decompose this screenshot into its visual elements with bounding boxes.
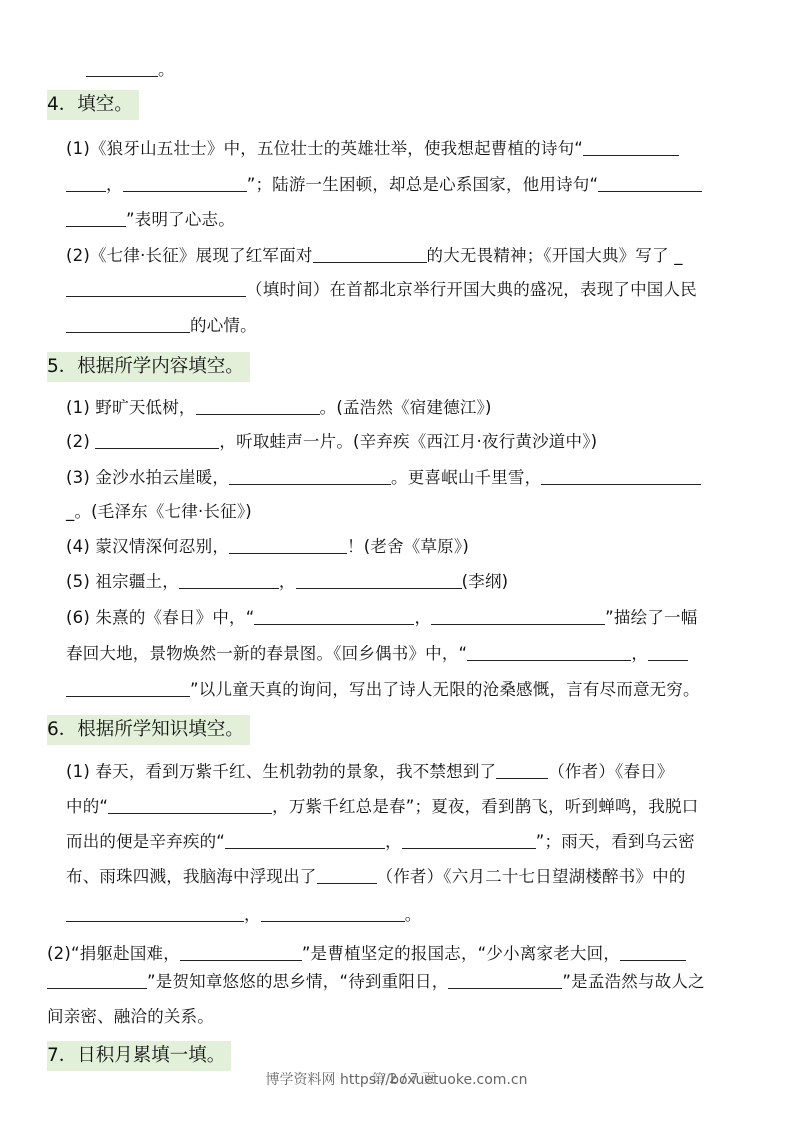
section-heading-5: 5．根据所学内容填空。 <box>47 352 250 382</box>
answer-blank[interactable] <box>66 903 244 922</box>
answer-blank[interactable] <box>86 58 158 77</box>
answer-blank[interactable] <box>620 942 686 961</box>
section-heading-4: 4．填空。 <box>47 90 139 120</box>
q5-item-3: (3) 金沙水拍云崖暖，。更喜岷山千里雪， <box>66 466 701 490</box>
continued-answer-line: 。 <box>86 58 175 82</box>
q6-2-line-2: ”是贺知章悠悠的思乡情，“待到重阳日，”是孟浩然与故人之 <box>47 970 705 994</box>
answer-blank[interactable] <box>225 830 385 849</box>
answer-blank[interactable] <box>108 795 272 814</box>
q5-item-6-line-1: (6) 朱熹的《春日》中，“，”描绘了一幅 <box>66 606 697 630</box>
q5-item-4: (4) 蒙汉情深何忍别，！(老舍《草原》) <box>66 535 469 559</box>
q4-2-line-2: （填时间）在首都北京举行开国大典的盛况，表现了中国人民 <box>66 278 697 302</box>
page-footer: 博学资料网 https://boxuetuoke.com.cn 第 2 / 7 … <box>0 1070 793 1090</box>
answer-blank[interactable] <box>496 760 548 779</box>
answer-blank[interactable] <box>123 173 247 192</box>
answer-blank[interactable] <box>196 396 320 415</box>
worksheet-page: 。 4．填空。 (1)《狼牙山五壮士》中，五位壮士的英雄壮举，使我想起曹植的诗句… <box>0 0 793 1122</box>
answer-blank[interactable] <box>66 173 106 192</box>
section-heading-6: 6．根据所学知识填空。 <box>47 715 250 745</box>
q4-2-line-3: 的心情。 <box>66 314 257 338</box>
q4-1-line-1: (1)《狼牙山五壮士》中，五位壮士的英雄壮举，使我想起曹植的诗句“ <box>66 137 679 161</box>
q5-item-3-cont: _。(毛泽东《七律·长征》) <box>66 500 252 524</box>
q5-item-2: (2) ，听取蛙声一片。(辛弃疾《西江月·夜行黄沙道中》) <box>66 430 597 454</box>
answer-blank[interactable] <box>47 970 147 989</box>
answer-blank[interactable] <box>431 606 605 625</box>
answer-blank[interactable] <box>66 678 190 697</box>
answer-blank[interactable] <box>296 570 462 589</box>
answer-blank[interactable] <box>261 903 405 922</box>
q6-1-line-5: ，。 <box>66 903 421 927</box>
answer-blank[interactable] <box>179 570 279 589</box>
q5-item-6-line-3: ”以儿童天真的询问，写出了诗人无限的沧桑感慨，言有尽而意无穷。 <box>66 678 700 702</box>
answer-blank[interactable] <box>317 865 377 884</box>
q5-item-5: (5) 祖宗疆土，，(李纲) <box>66 570 508 594</box>
answer-blank[interactable] <box>95 430 219 449</box>
q5-item-1: (1) 野旷天低树，。(孟浩然《宿建德江》) <box>66 396 492 420</box>
answer-blank[interactable] <box>541 466 701 485</box>
q6-1-line-1: (1) 春天，看到万紫千红、生机勃勃的景象，我不禁想到了（作者）《春日》 <box>66 760 674 784</box>
answer-blank[interactable] <box>313 244 427 263</box>
answer-blank[interactable] <box>229 535 347 554</box>
answer-blank[interactable] <box>229 466 391 485</box>
q6-2-line-1: (2)“捐躯赴国难，”是曹植坚定的报国志，“少小离家老大回， <box>47 942 686 966</box>
answer-blank[interactable] <box>66 314 190 333</box>
answer-blank[interactable] <box>648 642 688 661</box>
answer-blank[interactable] <box>448 970 562 989</box>
answer-blank[interactable] <box>583 137 679 156</box>
answer-blank[interactable] <box>66 278 246 297</box>
q6-1-line-4: 布、雨珠四溅，我脑海中浮现出了（作者）《六月二十七日望湖楼醉书》中的 <box>66 865 686 889</box>
answer-blank[interactable] <box>598 173 702 192</box>
q6-1-line-2: 中的“，万紫千红总是春”；夏夜，看到鹊飞，听到蝉鸣，我脱口 <box>66 795 698 819</box>
answer-blank[interactable] <box>467 642 631 661</box>
page-number: 第 2 / 7 页 <box>372 1070 435 1090</box>
q6-2-line-3: 间亲密、融洽的关系。 <box>47 1005 214 1029</box>
answer-blank[interactable] <box>402 830 536 849</box>
answer-blank[interactable] <box>180 942 302 961</box>
q6-1-line-3: 而出的便是辛弃疾的“，”；雨天，看到乌云密 <box>66 830 695 854</box>
q4-2-line-1: (2)《七律·长征》展现了红军面对的大无畏精神；《开国大典》写了 _ <box>66 244 683 268</box>
answer-blank[interactable] <box>254 606 414 625</box>
section-heading-7: 7．日积月累填一填。 <box>47 1041 231 1071</box>
q4-1-line-2: ，”；陆游一生困顿，却总是心系国家，他用诗句“ <box>66 173 702 197</box>
q4-1-line-3: ”表明了心志。 <box>66 208 235 232</box>
answer-blank[interactable] <box>66 208 126 227</box>
q5-item-6-line-2: 春回大地，景物焕然一新的春景图。《回乡偶书》中，“， <box>66 642 688 666</box>
